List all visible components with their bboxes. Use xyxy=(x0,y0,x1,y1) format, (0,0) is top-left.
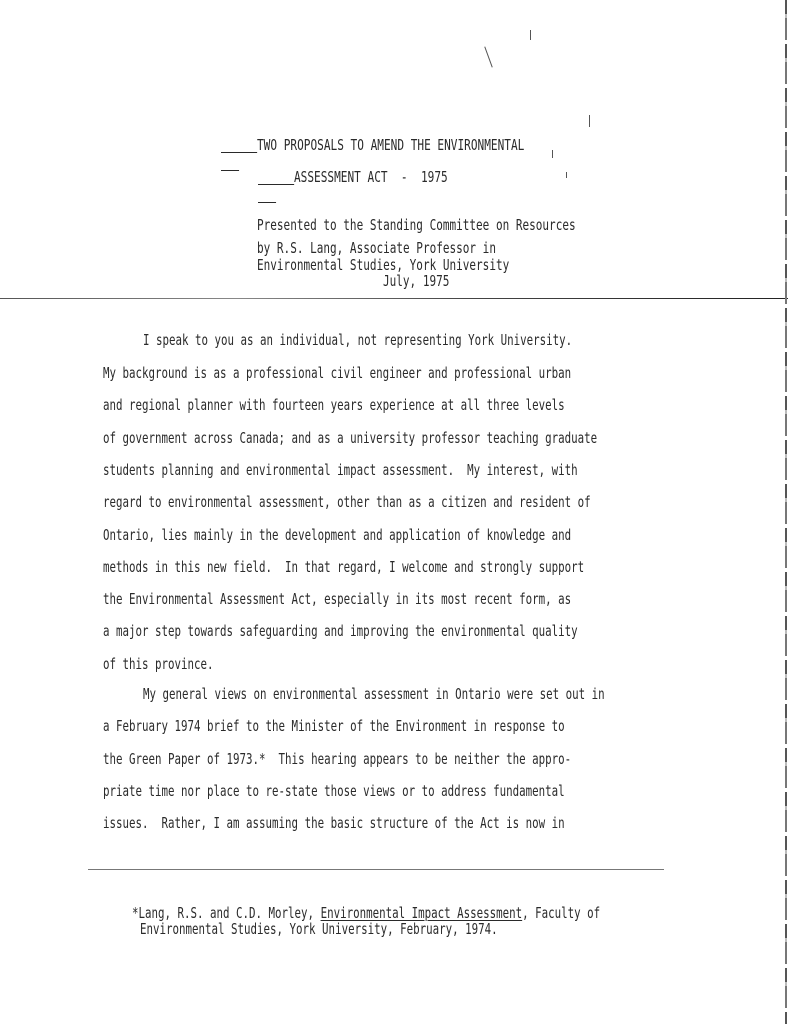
footnote-line-2: Environmental Studies, York University, … xyxy=(104,902,637,956)
body-line: and regional planner with fourteen years… xyxy=(103,396,744,414)
body-line: My general views on environmental assess… xyxy=(143,685,784,703)
title-line-2: ASSESSMENT ACT - 1975 xyxy=(258,150,502,204)
body-text: methods in this new field. In that regar… xyxy=(103,558,584,576)
body-text: priate time nor place to re-state those … xyxy=(103,782,565,800)
body-line: of this province. xyxy=(103,655,257,673)
footnote-divider xyxy=(88,869,664,870)
body-text: a major step towards safeguarding and im… xyxy=(103,622,578,640)
body-text: regard to environmental assessment, othe… xyxy=(103,493,591,511)
body-text: Ontario, lies mainly in the development … xyxy=(103,526,571,544)
body-text: My general views on environmental assess… xyxy=(143,685,605,703)
body-text: the Green Paper of 1973.* This hearing a… xyxy=(103,750,571,768)
date-line: July, 1975 xyxy=(347,254,473,308)
footnote-text-2: Environmental Studies, York University, … xyxy=(140,920,498,938)
body-text: students planning and environmental impa… xyxy=(103,461,578,479)
body-line: of government across Canada; and as a un… xyxy=(103,429,789,447)
body-line: I speak to you as an individual, not rep… xyxy=(143,331,739,349)
body-line: the Environmental Assessment Act, especi… xyxy=(103,590,753,608)
scan-speck xyxy=(484,46,492,67)
scan-speck xyxy=(589,115,590,127)
body-text: of government across Canada; and as a un… xyxy=(103,429,597,447)
body-line: priate time nor place to re-state those … xyxy=(103,782,744,800)
body-line: a major step towards safeguarding and im… xyxy=(103,622,762,640)
scan-speck xyxy=(530,30,531,40)
body-text: a February 1974 brief to the Minister of… xyxy=(103,717,565,735)
body-line: issues. Rather, I am assuming the basic … xyxy=(103,814,744,832)
body-line: regard to environmental assessment, othe… xyxy=(103,493,780,511)
body-line: methods in this new field. In that regar… xyxy=(103,558,771,576)
body-text: and regional planner with fourteen years… xyxy=(103,396,565,414)
body-line: students planning and environmental impa… xyxy=(103,461,762,479)
body-text: I speak to you as an individual, not rep… xyxy=(143,331,572,349)
body-text: the Environmental Assessment Act, especi… xyxy=(103,590,571,608)
body-text: of this province. xyxy=(103,655,214,673)
scan-speck xyxy=(566,172,567,178)
title-text-2: ASSESSMENT ACT - 1975 xyxy=(294,168,448,186)
body-text: issues. Rather, I am assuming the basic … xyxy=(103,814,565,832)
document-page: TWO PROPOSALS TO AMEND THE ENVIRONMENTAL… xyxy=(0,0,792,1024)
body-text: My background is as a professional civil… xyxy=(103,364,571,382)
header-divider xyxy=(0,298,788,299)
body-line: the Green Paper of 1973.* This hearing a… xyxy=(103,750,753,768)
date-text: July, 1975 xyxy=(383,272,449,290)
body-line: My background is as a professional civil… xyxy=(103,364,753,382)
body-line: a February 1974 brief to the Minister of… xyxy=(103,717,744,735)
scan-edge xyxy=(785,0,787,1024)
scan-speck xyxy=(552,150,553,158)
body-line: Ontario, lies mainly in the development … xyxy=(103,526,753,544)
